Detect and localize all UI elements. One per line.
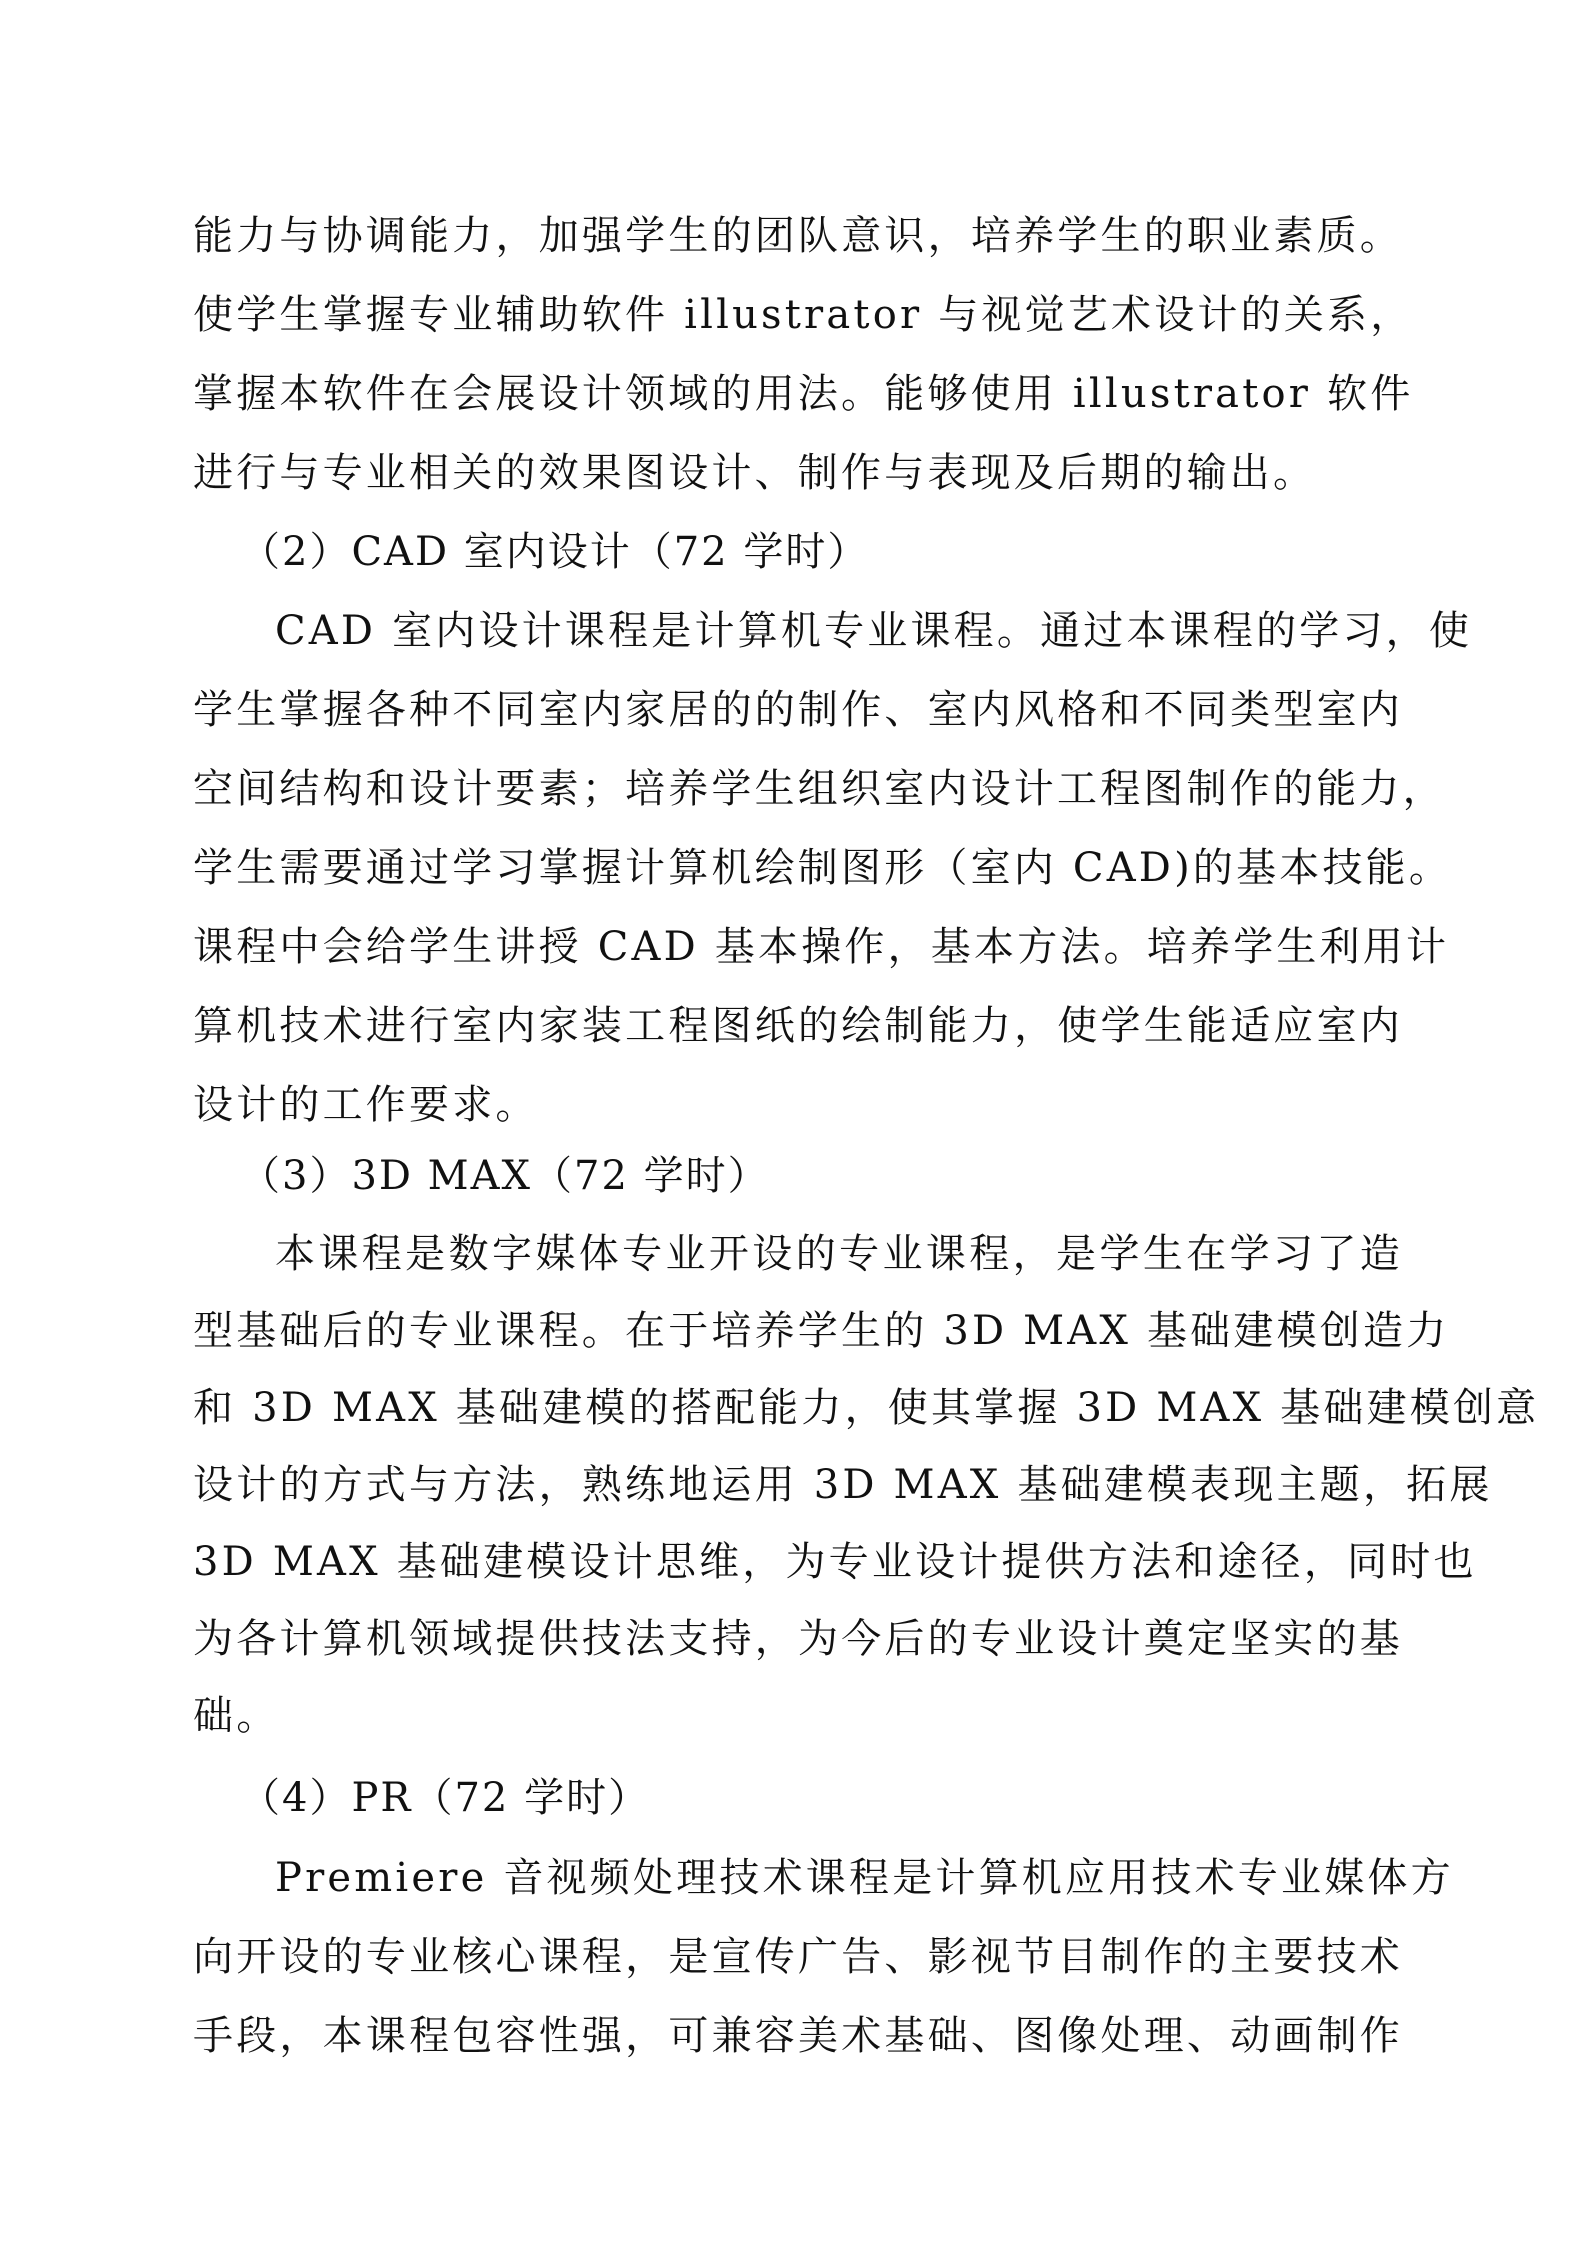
- paragraph-line: 为各计算机领域提供技法支持，为今后的专业设计奠定坚实的基: [193, 1613, 1403, 1665]
- paragraph-line: 空间结构和设计要素；培养学生组织室内设计工程图制作的能力，: [193, 763, 1403, 815]
- paragraph-line: 学生需要通过学习掌握计算机绘制图形（室内 CAD)的基本技能。: [193, 842, 1403, 894]
- section-heading-3dmax: （3）3D MAX（72 学时）: [240, 1150, 770, 1202]
- paragraph-line: 进行与专业相关的效果图设计、制作与表现及后期的输出。: [193, 447, 1403, 499]
- paragraph-line: 向开设的专业核心课程，是宣传广告、影视节目制作的主要技术: [193, 1931, 1403, 1983]
- paragraph-line: 和 3D MAX 基础建模的搭配能力，使其掌握 3D MAX 基础建模创意: [193, 1382, 1403, 1434]
- paragraph-line: 本课程是数字媒体专业开设的专业课程，是学生在学习了造: [275, 1228, 1403, 1280]
- paragraph-line: 学生掌握各种不同室内家居的的制作、室内风格和不同类型室内: [193, 684, 1403, 736]
- paragraph-line: 手段，本课程包容性强，可兼容美术基础、图像处理、动画制作: [193, 2010, 1403, 2062]
- paragraph-line: CAD 室内设计课程是计算机专业课程。通过本课程的学习，使: [275, 605, 1403, 657]
- section-heading-pr: （4）PR（72 学时）: [240, 1772, 650, 1824]
- paragraph-line: 能力与协调能力，加强学生的团队意识，培养学生的职业素质。: [193, 210, 1403, 262]
- paragraph-line: 课程中会给学生讲授 CAD 基本操作，基本方法。培养学生利用计: [193, 921, 1403, 973]
- paragraph-line: 设计的方式与方法，熟练地运用 3D MAX 基础建模表现主题，拓展: [193, 1459, 1403, 1511]
- document-page: 能力与协调能力，加强学生的团队意识，培养学生的职业素质。 使学生掌握专业辅助软件…: [0, 0, 1587, 2245]
- paragraph-line: 使学生掌握专业辅助软件 illustrator 与视觉艺术设计的关系，: [193, 289, 1403, 341]
- section-heading-cad: （2）CAD 室内设计（72 学时）: [240, 526, 869, 578]
- paragraph-line: 掌握本软件在会展设计领域的用法。能够使用 illustrator 软件: [193, 368, 1403, 420]
- paragraph-line: 型基础后的专业课程。在于培养学生的 3D MAX 基础建模创造力: [193, 1305, 1403, 1357]
- paragraph-line: 础。: [193, 1690, 1403, 1742]
- paragraph-line: 设计的工作要求。: [193, 1079, 1403, 1131]
- paragraph-line: Premiere 音视频处理技术课程是计算机应用技术专业媒体方: [275, 1852, 1403, 1904]
- paragraph-line: 算机技术进行室内家装工程图纸的绘制能力，使学生能适应室内: [193, 1000, 1403, 1052]
- paragraph-line: 3D MAX 基础建模设计思维，为专业设计提供方法和途径，同时也: [193, 1536, 1403, 1588]
